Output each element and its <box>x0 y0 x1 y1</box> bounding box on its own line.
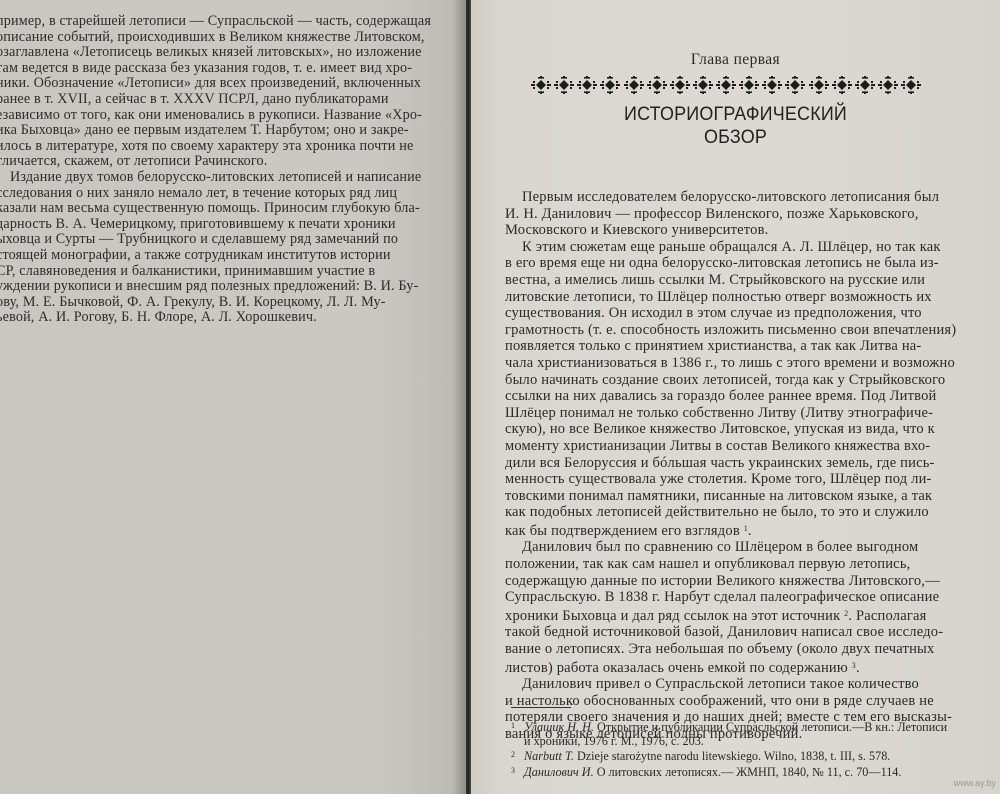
chapter-title: ИСТОРИОГРАФИЧЕСКИЙ ОБЗОР <box>492 103 979 149</box>
text-line: ссылки на них давались за гораздо более … <box>505 388 1000 405</box>
footnote-3: 3Данилович И. О литовских летописях.— ЖМ… <box>511 764 1000 780</box>
chapter-title-line: ИСТОРИОГРАФИЧЕСКИЙ <box>492 103 979 126</box>
diamond-ornament-icon <box>878 76 898 94</box>
diamond-ornament-icon <box>832 76 852 94</box>
text-line: Московского и Киевского университетов. <box>505 222 1000 239</box>
text-line: Издание двух томов белорусско-литовских … <box>0 170 458 186</box>
text-line: сследования о них заняло немало лет, в т… <box>0 186 458 202</box>
text-line: хроники Быховца и дал ряд ссылок на этот… <box>505 606 1000 625</box>
text-line: положении, так как сам нашел и опубликов… <box>505 556 1000 573</box>
text-line: озаглавлена «Летописець великых князей л… <box>0 45 458 61</box>
text-line: вание о летописях. Эта небольшая по объе… <box>505 641 1000 658</box>
diamond-ornament-icon <box>624 76 644 94</box>
text-line: литовские летописи, то Шлёцер полностью … <box>505 289 1000 306</box>
text-line: листов) работа оказалась очень емкой по … <box>505 658 1000 677</box>
text-line: стоящей монографии, а также сотрудникам … <box>0 248 458 264</box>
text-line: появляется только с принятием христианст… <box>505 338 1000 355</box>
text-line: вестна, а имелись лишь ссылки М. Стрыйко… <box>505 272 1000 289</box>
footnote-1: 1Улащик Н. Н. Открытие и публикации Супр… <box>511 719 1000 735</box>
diamond-ornament-icon <box>855 76 875 94</box>
footnote-ref: 1 <box>744 524 748 533</box>
left-page-text: пример, в старейшей летописи — Супрасльс… <box>0 14 458 326</box>
text-line: Супрасльскую. В 1838 г. Нарбут сделал па… <box>505 589 1000 606</box>
chapter-label: Глава первая <box>471 51 1000 69</box>
watermark: www.ay.by <box>954 778 996 788</box>
footnote-2: 2Narbutt T. Dzieje starożytne narodu lit… <box>511 748 1000 764</box>
text-line: чала христианизоваться в 1386 г., то лиш… <box>505 355 1000 372</box>
text-line: дарность В. А. Чемерицкому, приготовивше… <box>0 217 458 233</box>
diamond-ornament-icon <box>554 76 574 94</box>
diamond-ornament-icon <box>901 76 921 94</box>
book-spread: пример, в старейшей летописи — Супрасльс… <box>0 0 1000 794</box>
diamond-ornament-icon <box>693 76 713 94</box>
text-line: ранее в т. XVII, а сейчас в т. XXXV ПСРЛ… <box>0 92 458 108</box>
text-line: пример, в старейшей летописи — Супрасльс… <box>0 14 458 30</box>
text-line: содержащую данные по истории Великого кн… <box>505 573 1000 590</box>
text-line: описание событий, происходивших в Велико… <box>0 30 458 46</box>
diamond-ornament-icon <box>785 76 805 94</box>
diamond-ornament-icon <box>809 76 829 94</box>
text-line: К этим сюжетам еще раньше обращался А. Л… <box>505 239 1000 256</box>
diamond-ornament-icon <box>577 76 597 94</box>
footnote-divider <box>511 707 571 708</box>
text-line: Шлёцер понимал не только собственно Литв… <box>505 405 1000 422</box>
diamond-ornament-icon <box>531 76 551 94</box>
text-line: грамотность (т. е. способность изложить … <box>505 322 1000 339</box>
text-line: скую), но все Великое княжество Литовско… <box>505 421 1000 438</box>
diamond-ornament-icon <box>670 76 690 94</box>
text-line: моменту христианизации Литвы в состав Ве… <box>505 438 1000 455</box>
text-line: казали нам весьма существенную помощь. П… <box>0 201 458 217</box>
left-page: пример, в старейшей летописи — Супрасльс… <box>0 0 466 794</box>
text-line: ьевой, А. И. Рогову, Б. Н. Флоре, А. Л. … <box>0 310 458 326</box>
text-line: Первым исследователем белорусско-литовск… <box>505 189 1000 206</box>
text-line: менность существовала уже столетия. Кром… <box>505 471 1000 488</box>
text-line: существования. Он исходил в этом случае … <box>505 305 1000 322</box>
footnote-1-continued: и хроники, 1976 г. М., 1976, с. 203. <box>511 735 1000 749</box>
text-line: в его время еще ни одна белорусско-литов… <box>505 255 1000 272</box>
footnotes: 1Улащик Н. Н. Открытие и публикации Супр… <box>511 719 1000 779</box>
chapter-title-line: ОБЗОР <box>492 126 979 149</box>
text-line: ники. Обозначение «Летописи» для всех пр… <box>0 76 458 92</box>
right-page-text: Первым исследователем белорусско-литовск… <box>505 189 1000 743</box>
text-line: Данилович был по сравнению со Шлёцером в… <box>505 539 1000 556</box>
decorative-ornament-band <box>531 73 921 97</box>
text-line: И. Н. Данилович — профессор Виленского, … <box>505 206 1000 223</box>
text-line: было начинать создание своих летописей, … <box>505 372 1000 389</box>
right-page: Глава первая ИСТОРИОГРАФИЧЕСКИЙ ОБЗОР Пе… <box>471 0 1000 794</box>
diamond-ornament-icon <box>647 76 667 94</box>
diamond-ornament-icon <box>600 76 620 94</box>
text-line: тличается, скажем, от летописи Рачинског… <box>0 154 458 170</box>
text-line: езависимо от того, как они именовались в… <box>0 108 458 124</box>
text-line: СР, славяноведения и балканистики, прини… <box>0 264 458 280</box>
text-line: дили вся Белоруссия и бóльшая часть укра… <box>505 455 1000 472</box>
text-line: там ведется в виде рассказа без указания… <box>0 61 458 77</box>
text-line: илось в литературе, хотя по своему харак… <box>0 139 458 155</box>
text-line: и настолько обоснованных соображений, чт… <box>505 693 1000 710</box>
diamond-ornament-icon <box>716 76 736 94</box>
text-line: ыховца и Сурты — Трубницкого и сделавшем… <box>0 232 458 248</box>
text-line: такой бедной источниковой базой, Данилов… <box>505 624 1000 641</box>
text-line: товскими понимал памятники, писанные на … <box>505 488 1000 505</box>
text-line: уждении рукописи и внесшим ряд полезных … <box>0 279 458 295</box>
diamond-ornament-icon <box>762 76 782 94</box>
text-line: ика Быховца» дано ее первым издателем Т.… <box>0 123 458 139</box>
text-line: Данилович привел о Супрасльской летописи… <box>505 676 1000 693</box>
text-line: ову, М. Е. Бычковой, Ф. А. Грекулу, В. И… <box>0 295 458 311</box>
diamond-ornament-icon <box>739 76 759 94</box>
text-line: как подобных летописей действительно не … <box>505 504 1000 521</box>
text-line: как бы подтверждением его взглядов 1. <box>505 521 1000 540</box>
